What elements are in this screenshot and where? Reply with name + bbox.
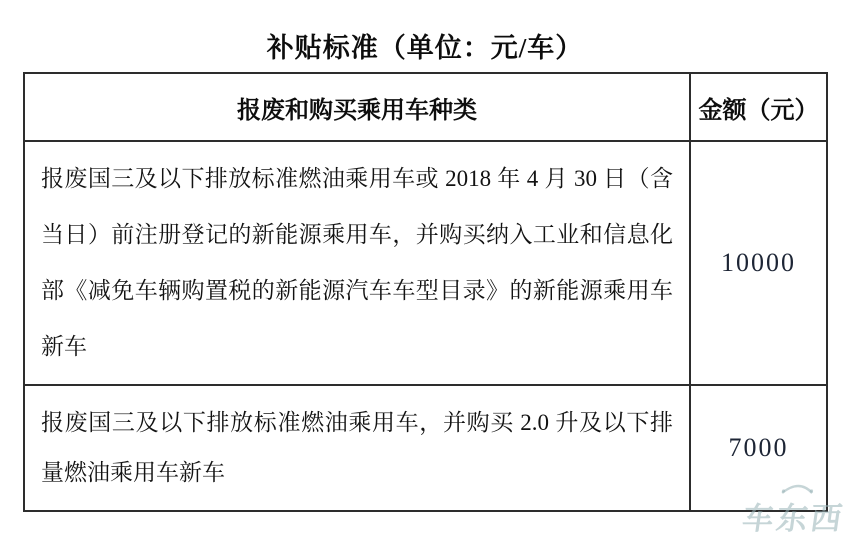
table-row: 报废国三及以下排放标准燃油乘用车，并购买 2.0 升及以下排量燃油乘用车新车 7… (25, 384, 826, 510)
column-header-amount: 金额（元） (691, 74, 826, 140)
column-header-category: 报废和购买乘用车种类 (25, 74, 691, 140)
table-header-row: 报废和购买乘用车种类 金额（元） (25, 74, 826, 140)
page-title: 补贴标准（单位：元/车） (0, 26, 850, 65)
category-cell: 报废国三及以下排放标准燃油乘用车或 2018 年 4 月 30 日（含当日）前注… (25, 142, 691, 384)
amount-cell: 10000 (691, 142, 826, 384)
category-cell: 报废国三及以下排放标准燃油乘用车，并购买 2.0 升及以下排量燃油乘用车新车 (25, 386, 691, 510)
amount-cell: 7000 (691, 386, 826, 510)
table-row: 报废国三及以下排放标准燃油乘用车或 2018 年 4 月 30 日（含当日）前注… (25, 140, 826, 384)
subsidy-table: 报废和购买乘用车种类 金额（元） 报废国三及以下排放标准燃油乘用车或 2018 … (23, 72, 828, 512)
